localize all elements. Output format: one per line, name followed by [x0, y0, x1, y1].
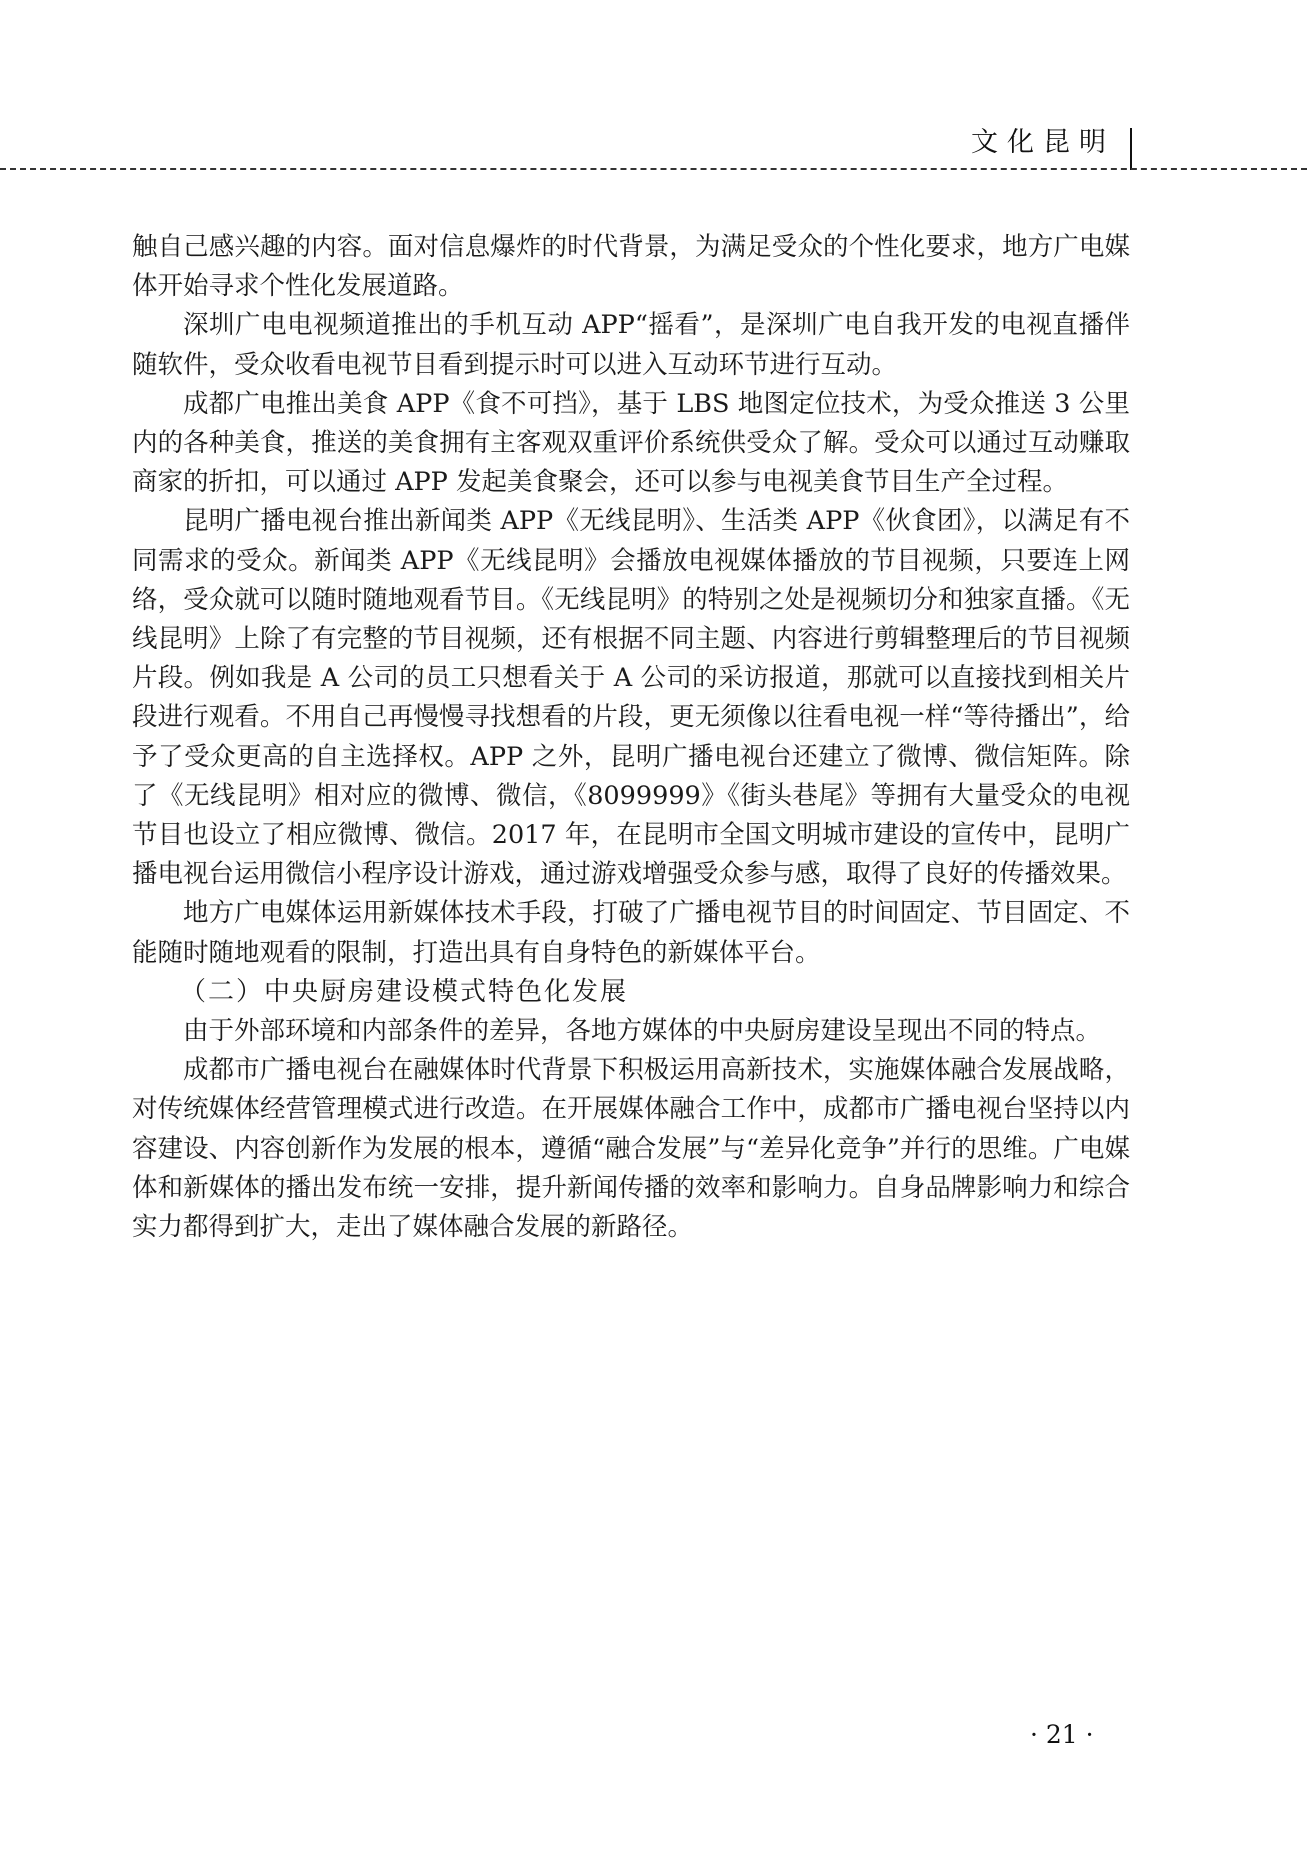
- page-number: · 21 ·: [1030, 1720, 1094, 1749]
- paragraph-kunming-apps: 昆明广播电视台推出新闻类 APP《无线昆明》、生活类 APP《伙食团》，以满足有…: [132, 502, 1130, 894]
- paragraph-new-media-summary: 地方广电媒体运用新媒体技术手段，打破了广播电视节目的时间固定、节目固定、不能随时…: [132, 894, 1130, 972]
- paragraph-shenzhen-app: 深圳广电电视频道推出的手机互动 APP“摇看”，是深圳广电自我开发的电视直播伴随…: [132, 306, 1130, 384]
- section-heading: （二）中央厨房建设模式特色化发展: [132, 973, 1130, 1012]
- paragraph-continuation: 触自己感兴趣的内容。面对信息爆炸的时代背景，为满足受众的个性化要求，地方广电媒体…: [132, 228, 1130, 306]
- header-dashed-rule: [0, 168, 1307, 170]
- paragraph-central-kitchen-intro: 由于外部环境和内部条件的差异，各地方媒体的中央厨房建设呈现出不同的特点。: [132, 1012, 1130, 1051]
- body-text: 触自己感兴趣的内容。面对信息爆炸的时代背景，为满足受众的个性化要求，地方广电媒体…: [132, 228, 1130, 1247]
- header-vertical-rule: [1130, 128, 1132, 170]
- paragraph-chengdu-tv-station: 成都市广播电视台在融媒体时代背景下积极运用高新技术，实施媒体融合发展战略，对传统…: [132, 1051, 1130, 1247]
- running-title: 文化昆明: [971, 128, 1115, 158]
- paragraph-chengdu-food-app: 成都广电推出美食 APP《食不可挡》，基于 LBS 地图定位技术，为受众推送 3…: [132, 385, 1130, 503]
- running-header: 文化昆明: [0, 0, 1307, 170]
